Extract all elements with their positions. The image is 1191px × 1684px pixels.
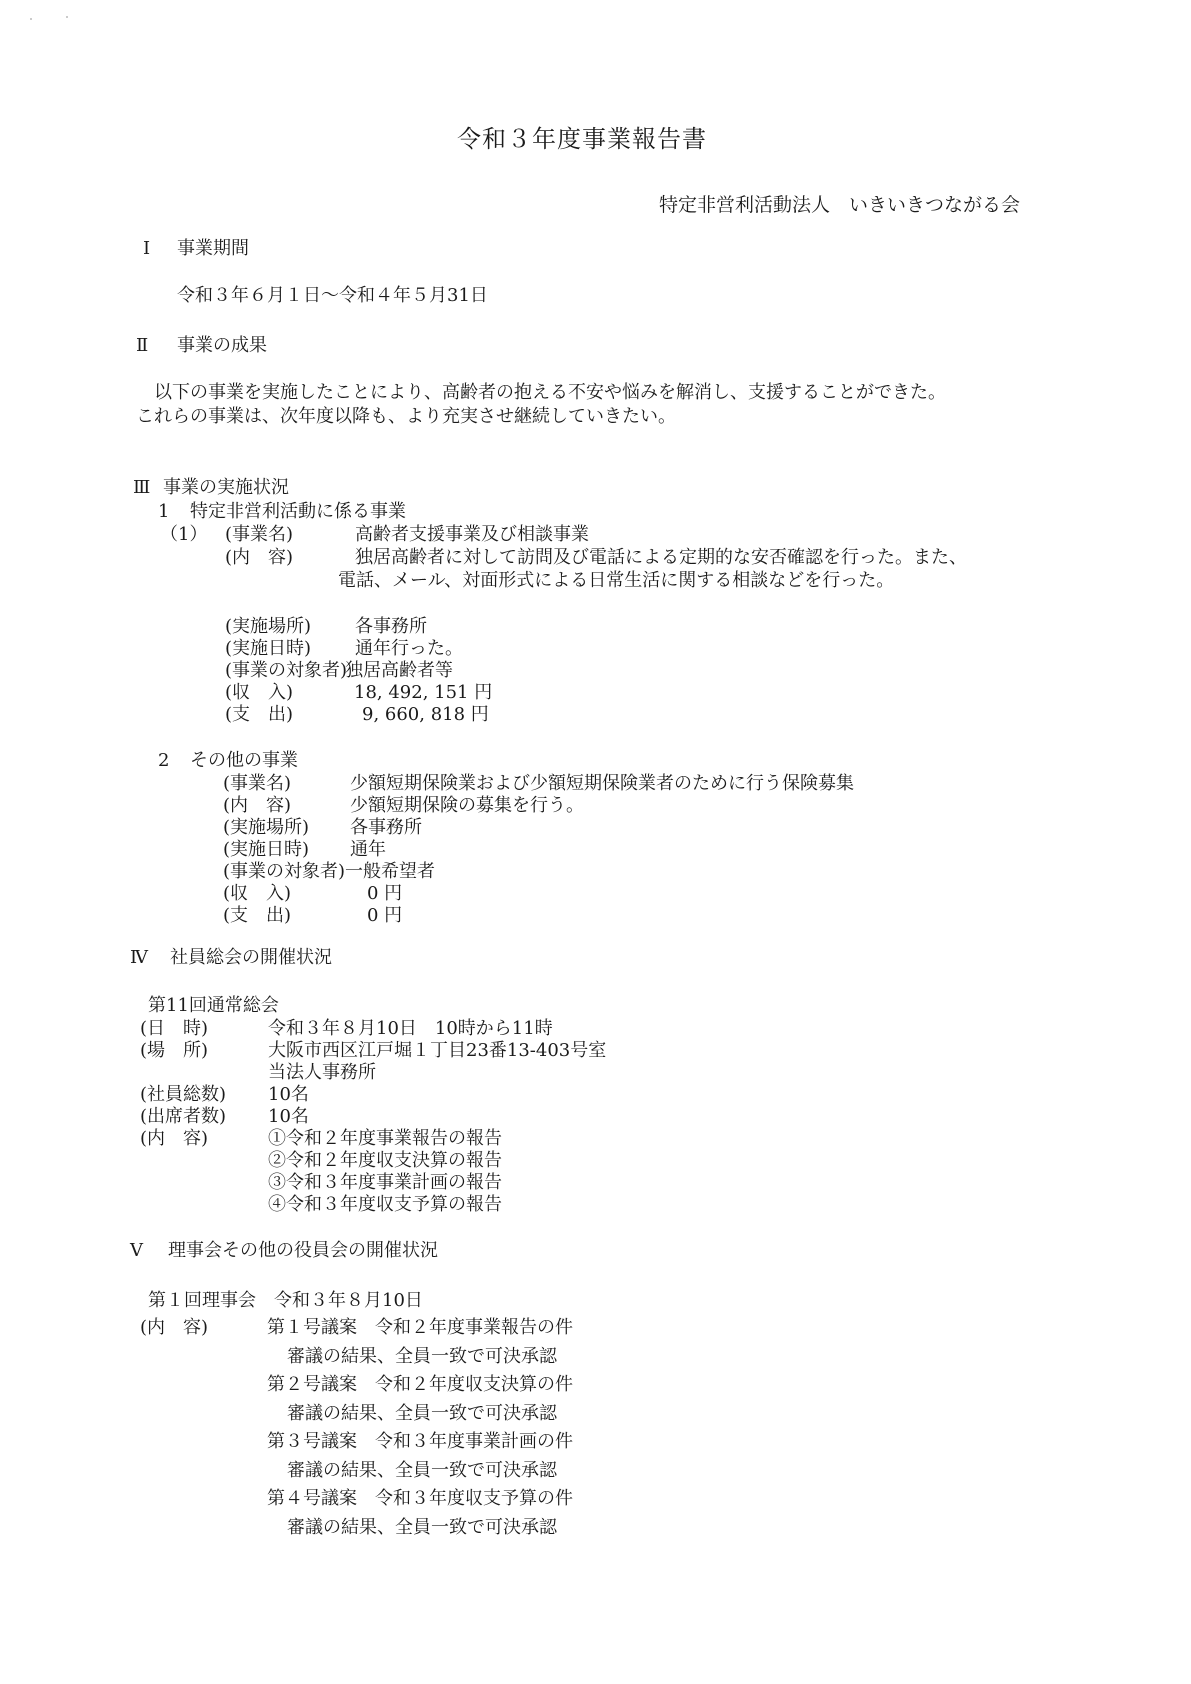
section-4-numeral: Ⅳ bbox=[130, 948, 148, 968]
field-value: 各事務所 bbox=[355, 617, 427, 637]
board-meeting-title: 第１回理事会 令和３年８月10日 bbox=[148, 1291, 423, 1311]
proposal-title: 第３号議案 令和３年度事業計画の件 bbox=[267, 1432, 573, 1452]
section-5-numeral: Ⅴ bbox=[130, 1241, 143, 1261]
field-value: 高齢者支援事業及び相談事業 bbox=[355, 525, 589, 545]
proposal-result: 審議の結果、全員一致で可決承認 bbox=[287, 1518, 557, 1538]
sub-2-heading: その他の事業 bbox=[190, 751, 298, 771]
sub-1-heading: 特定非営利活動に係る事業 bbox=[190, 502, 406, 522]
income-value: 18, 492, 151 円 bbox=[354, 683, 492, 703]
total-members: 10名 bbox=[268, 1085, 309, 1105]
field-label: (内 容) bbox=[140, 1129, 208, 1149]
proposal-title: 第２号議案 令和２年度収支決算の件 bbox=[267, 1375, 573, 1395]
income-value: 0 円 bbox=[367, 884, 402, 904]
proposal-result: 審議の結果、全員一致で可決承認 bbox=[287, 1461, 557, 1481]
agenda-item: ③令和３年度事業計画の報告 bbox=[268, 1173, 502, 1193]
field-label: (日 時) bbox=[140, 1019, 208, 1039]
proposal-result: 審議の結果、全員一致で可決承認 bbox=[287, 1347, 557, 1367]
field-label: (実施日時) bbox=[223, 840, 309, 860]
proposal-title: 第４号議案 令和３年度収支予算の件 bbox=[267, 1489, 573, 1509]
item-1-number: （1） bbox=[160, 525, 207, 545]
expense-value: 9, 660, 818 円 bbox=[362, 705, 489, 725]
field-label: (内 容) bbox=[140, 1318, 208, 1338]
field-value: 独居高齢者に対して訪問及び電話による定期的な安否確認を行った。また、 bbox=[355, 548, 967, 568]
field-label: (事業の対象者) bbox=[223, 862, 345, 882]
field-value: 少額短期保険の募集を行う。 bbox=[350, 796, 584, 816]
business-period: 令和３年６月１日～令和４年５月31日 bbox=[177, 286, 488, 306]
field-label: (事業の対象者) bbox=[225, 661, 347, 681]
field-label: (支 出) bbox=[223, 906, 291, 926]
field-label: (支 出) bbox=[225, 705, 293, 725]
field-label: (収 入) bbox=[225, 683, 293, 703]
field-label: (実施場所) bbox=[223, 818, 309, 838]
agenda-item: ④令和３年度収支予算の報告 bbox=[268, 1195, 502, 1215]
meeting-datetime: 令和３年８月10日 10時から11時 bbox=[268, 1019, 553, 1039]
section-4-heading: 社員総会の開催状況 bbox=[170, 948, 332, 968]
organization-name: 特定非営利活動法人 いきいきつながる会 bbox=[659, 190, 1020, 217]
field-value-continuation: 電話、メール、対面形式による日常生活に関する相談などを行った。 bbox=[338, 571, 894, 591]
section-1-heading: 事業期間 bbox=[177, 239, 249, 259]
field-label: (収 入) bbox=[223, 884, 291, 904]
section-5-heading: 理事会その他の役員会の開催状況 bbox=[168, 1241, 438, 1261]
attendees: 10名 bbox=[268, 1107, 309, 1127]
field-label: (実施場所) bbox=[225, 617, 311, 637]
field-value: 通年行った。 bbox=[355, 639, 463, 659]
proposal-title: 第１号議案 令和２年度事業報告の件 bbox=[267, 1318, 573, 1338]
general-meeting-title: 第11回通常総会 bbox=[148, 996, 279, 1016]
proposal-result: 審議の結果、全員一致で可決承認 bbox=[287, 1404, 557, 1424]
results-paragraph-line-1: 以下の事業を実施したことにより、高齢者の抱える不安や悩みを解消し、支援することが… bbox=[136, 383, 946, 403]
field-value: 各事務所 bbox=[350, 818, 422, 838]
sub-2-number: 2 bbox=[158, 751, 169, 771]
section-3-numeral: Ⅲ bbox=[133, 478, 150, 498]
meeting-place-continuation: 当法人事務所 bbox=[268, 1063, 376, 1083]
field-value: 一般希望者 bbox=[345, 862, 435, 882]
field-label: (実施日時) bbox=[225, 639, 311, 659]
document-title: 令和３年度事業報告書 bbox=[457, 119, 707, 154]
field-value: 少額短期保険業および少額短期保険業者のために行う保険募集 bbox=[350, 774, 854, 794]
section-3-heading: 事業の実施状況 bbox=[163, 478, 289, 498]
meeting-place: 大阪市西区江戸堀１丁目23番13-403号室 bbox=[268, 1041, 606, 1061]
section-2-numeral: Ⅱ bbox=[136, 336, 148, 356]
agenda-item: ①令和２年度事業報告の報告 bbox=[268, 1129, 502, 1149]
field-label: (内 容) bbox=[223, 796, 291, 816]
agenda-item: ②令和２年度収支決算の報告 bbox=[268, 1151, 502, 1171]
scan-speck bbox=[30, 18, 32, 20]
field-label: (事業名) bbox=[225, 525, 293, 545]
field-label: (事業名) bbox=[223, 774, 291, 794]
field-label: (出席者数) bbox=[140, 1107, 226, 1127]
field-label: (場 所) bbox=[140, 1041, 208, 1061]
field-label: (社員総数) bbox=[140, 1085, 226, 1105]
field-value: 通年 bbox=[350, 840, 386, 860]
field-label: (内 容) bbox=[225, 548, 293, 568]
scan-speck bbox=[66, 16, 68, 18]
section-2-heading: 事業の成果 bbox=[177, 336, 267, 356]
expense-value: 0 円 bbox=[367, 906, 402, 926]
results-paragraph-line-2: これらの事業は、次年度以降も、より充実させ継続していきたい。 bbox=[136, 407, 676, 427]
sub-1-number: 1 bbox=[158, 502, 169, 522]
field-value: 独居高齢者等 bbox=[345, 661, 453, 681]
section-1-numeral: Ⅰ bbox=[143, 239, 150, 259]
